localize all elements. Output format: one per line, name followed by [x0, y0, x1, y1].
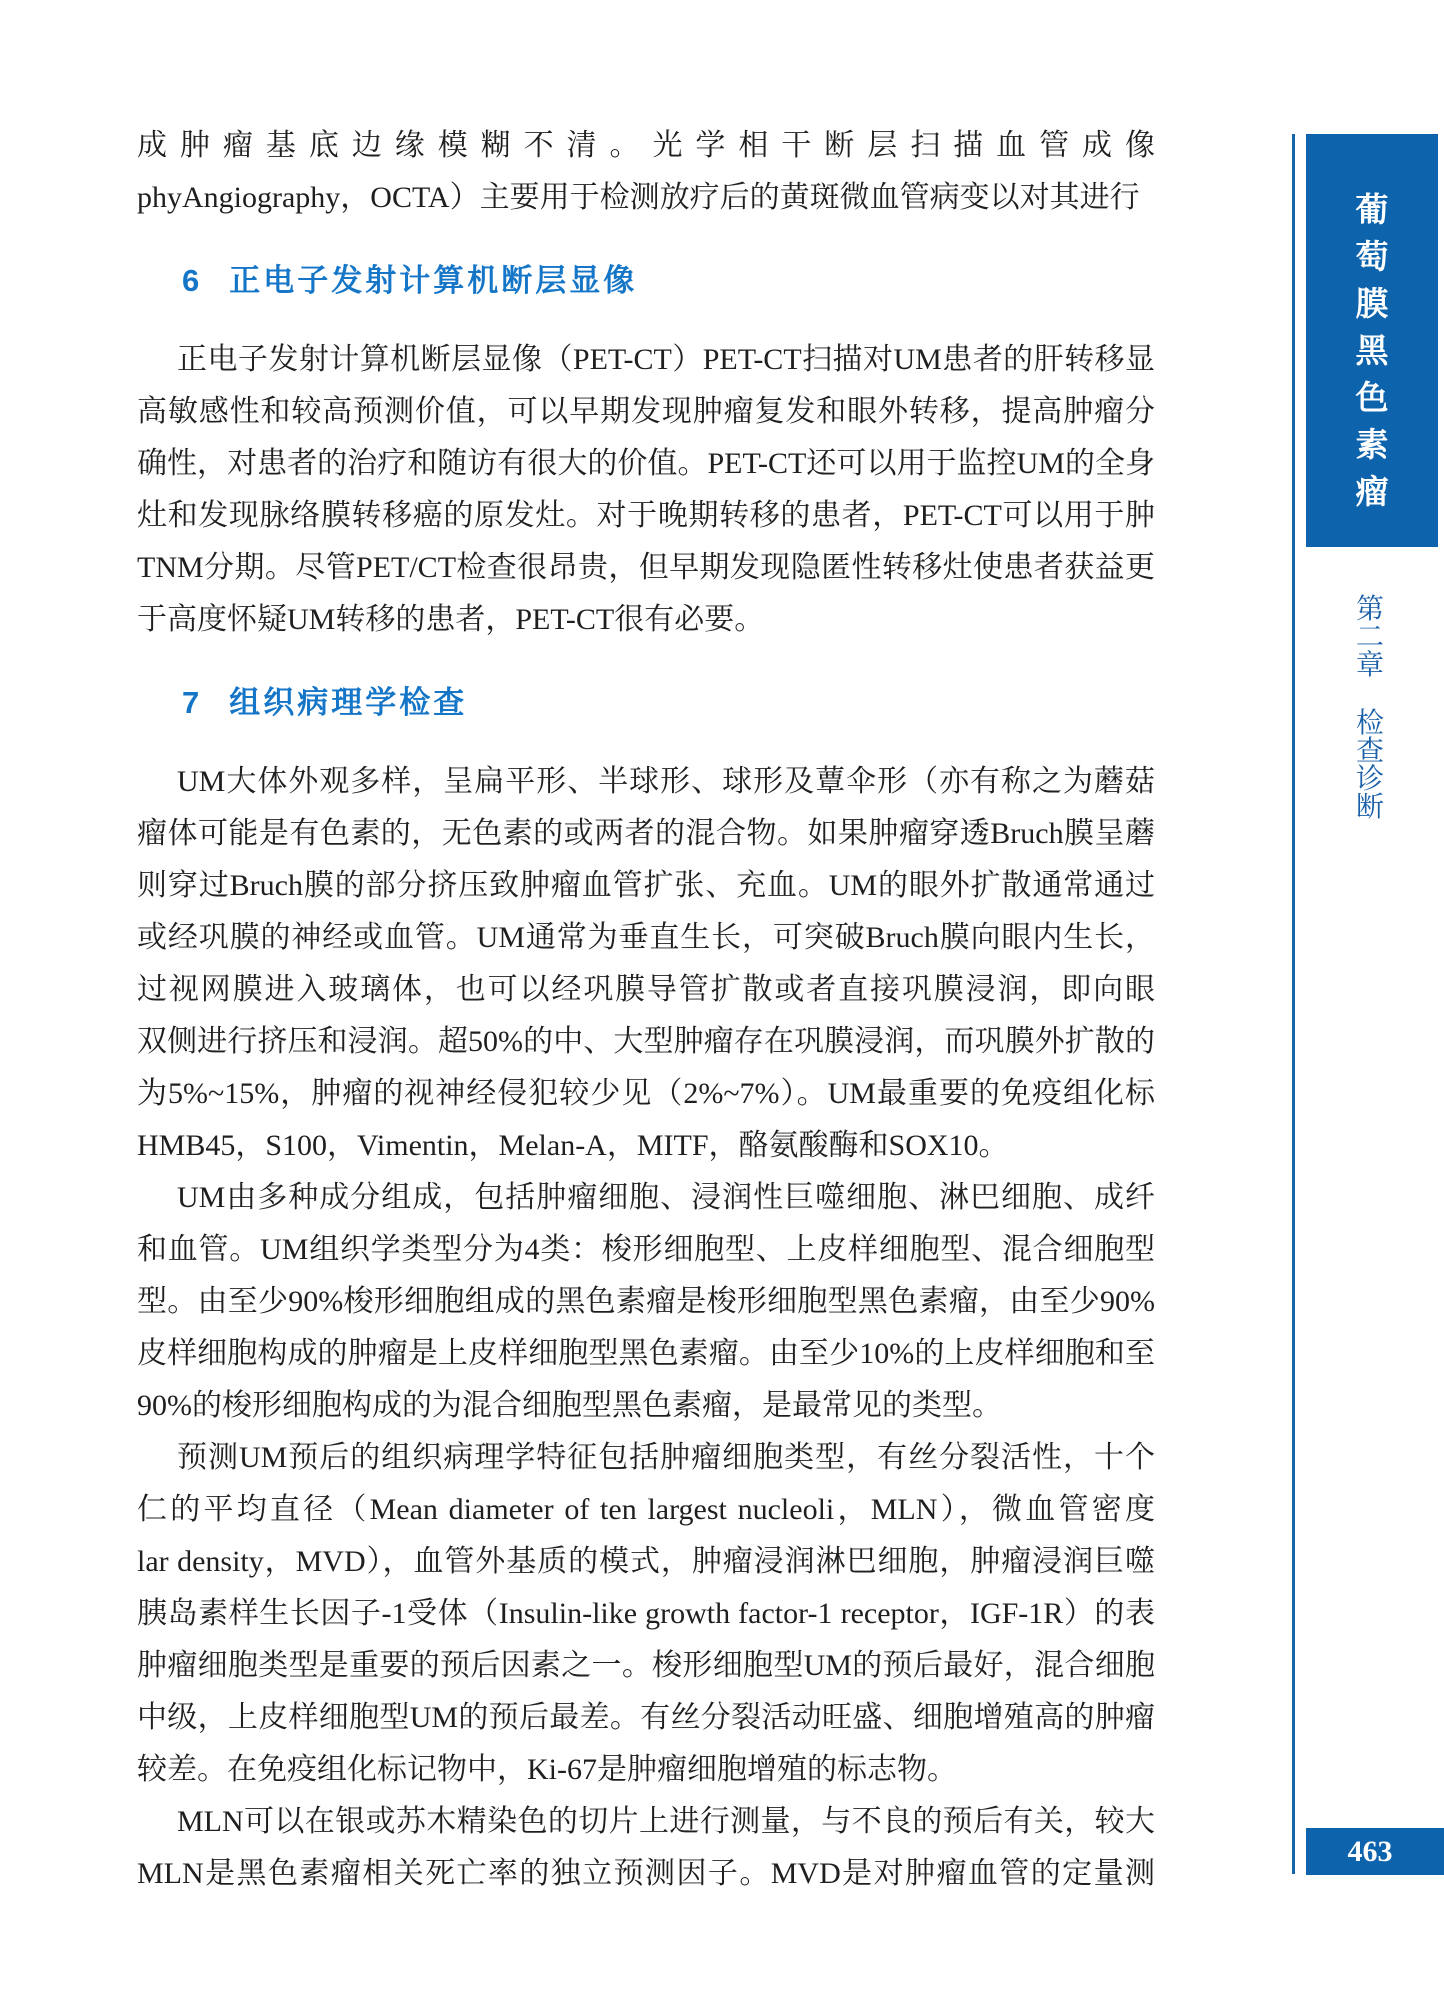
paragraph: UM大体外观多样，呈扁平形、半球形、球形及蕈伞形（亦有称之为蘑菇形）。瘤体可能是… — [137, 756, 1155, 1172]
text-line: 双侧进行挤压和浸润。超50%的中、大型肿瘤存在巩膜浸润，而巩膜外扩散的比例 — [137, 1016, 1155, 1068]
book-title-char: 黑 — [1355, 331, 1389, 378]
section-number: 7 — [182, 683, 199, 723]
text-line: 于高度怀疑UM转移的患者，PET-CT很有必要。 — [137, 594, 1155, 646]
text-line: HMB45，S100，Vimentin，Melan-A，MITF，酪氨酸酶和SO… — [137, 1120, 1155, 1172]
chapter-section-char: 检 — [1355, 710, 1385, 738]
book-title-char: 萄 — [1355, 237, 1389, 284]
page-content: 成肿瘤基底边缘模糊不清。光学相干断层扫描血管成像（OpticalCoherenc… — [137, 120, 1155, 1900]
text-line: 灶和发现脉络膜转移癌的原发灶。对于晚期转移的患者，PET-CT可以用于肿瘤的 — [137, 490, 1155, 542]
book-title-char: 膜 — [1355, 284, 1389, 331]
paragraph: 成肿瘤基底边缘模糊不清。光学相干断层扫描血管成像（OpticalCoherenc… — [137, 120, 1155, 224]
chapter-char: 章 — [1355, 652, 1385, 680]
section-title: 组织病理学检查 — [229, 683, 467, 723]
text-line: 正电子发射计算机断层显像（PET-CT）PET-CT扫描对UM患者的肝转移显示出 — [137, 334, 1155, 386]
section-heading: 6正电子发射计算机断层显像 — [182, 261, 1155, 301]
text-line: 型。由至少90%梭形细胞组成的黑色素瘤是梭形细胞型黑色素瘤，由至少90%的上 — [137, 1276, 1155, 1328]
text-line: 瘤体可能是有色素的，无色素的或两者的混合物。如果肿瘤穿透Bruch膜呈蘑菇状， — [137, 808, 1155, 860]
text-line: 预测UM预后的组织病理学特征包括肿瘤细胞类型，有丝分裂活性，十个最大核 — [137, 1432, 1155, 1484]
book-title-char: 素 — [1355, 425, 1389, 472]
book-page: 成肿瘤基底边缘模糊不清。光学相干断层扫描血管成像（OpticalCoherenc… — [0, 0, 1444, 2010]
text-line: TNM分期。尽管PET/CT检查很昂贵，但早期发现隐匿性转移灶使患者获益更大，对 — [137, 542, 1155, 594]
text-line: 确性，对患者的治疗和随访有很大的价值。PET-CT还可以用于监控UM的全身转移 — [137, 438, 1155, 490]
text-line: UM大体外观多样，呈扁平形、半球形、球形及蕈伞形（亦有称之为蘑菇形）。 — [137, 756, 1155, 808]
text-line: 90%的梭形细胞构成的为混合细胞型黑色素瘤，是最常见的类型。 — [137, 1380, 1155, 1432]
paragraph: 预测UM预后的组织病理学特征包括肿瘤细胞类型，有丝分裂活性，十个最大核仁的平均直… — [137, 1432, 1155, 1796]
text-line: 较差。在免疫组化标记物中，Ki-67是肿瘤细胞增殖的标志物。 — [137, 1744, 1155, 1796]
text-line: UM由多种成分组成，包括肿瘤细胞、浸润性巨噬细胞、淋巴细胞、成纤维细胞 — [137, 1172, 1155, 1224]
paragraph: 正电子发射计算机断层显像（PET-CT）PET-CT扫描对UM患者的肝转移显示出… — [137, 334, 1155, 646]
text-line: 皮样细胞构成的肿瘤是上皮样细胞型黑色素瘤。由至少10%的上皮样细胞和至多 — [137, 1328, 1155, 1380]
chapter-section-char: 断 — [1355, 794, 1385, 822]
chapter-section-char: 诊 — [1355, 766, 1385, 794]
text-line: lar density，MVD），血管外基质的模式，肿瘤浸润淋巴细胞，肿瘤浸润巨… — [137, 1536, 1155, 1588]
section-heading: 7组织病理学检查 — [182, 683, 1155, 723]
text-line: 中级，上皮样细胞型UM的预后最差。有丝分裂活动旺盛、细胞增殖高的肿瘤的预后 — [137, 1692, 1155, 1744]
text-line: 则穿过Bruch膜的部分挤压致肿瘤血管扩张、充血。UM的眼外扩散通常通过涡静脉 — [137, 860, 1155, 912]
sidebar-book-title-box: 葡萄膜黑色素瘤 — [1306, 134, 1438, 547]
sidebar-chapter-label: 第二章检查诊断 — [1340, 596, 1400, 822]
text-line: MLN可以在银或苏木精染色的切片上进行测量，与不良的预后有关，较大的 — [137, 1796, 1155, 1848]
text-line: phyAngiography，OCTA）主要用于检测放疗后的黄斑微血管病变以对其… — [137, 172, 1155, 224]
text-line: MLN是黑色素瘤相关死亡率的独立预测因子。MVD是对肿瘤血管的定量测量。高 — [137, 1848, 1155, 1900]
text-line: 过视网膜进入玻璃体，也可以经巩膜导管扩散或者直接巩膜浸润，即向眼内、眼外 — [137, 964, 1155, 1016]
page-number-badge: 463 — [1306, 1828, 1444, 1875]
text-line: 成肿瘤基底边缘模糊不清。光学相干断层扫描血管成像（OpticalCoherenc… — [137, 120, 1155, 172]
text-line: 肿瘤细胞类型是重要的预后因素之一。梭形细胞型UM的预后最好，混合细胞UM为 — [137, 1640, 1155, 1692]
book-title-char: 葡 — [1355, 190, 1389, 237]
book-title-char: 瘤 — [1355, 472, 1389, 519]
chapter-char: 第 — [1355, 596, 1385, 624]
text-line: 为5%~15%，肿瘤的视神经侵犯较少见（2%~7%）。UM最重要的免疫组化标记是 — [137, 1068, 1155, 1120]
page-number: 463 — [1348, 1835, 1393, 1869]
text-line: 或经巩膜的神经或血管。UM通常为垂直生长，可突破Bruch膜向眼内生长，甚至穿 — [137, 912, 1155, 964]
text-line: 仁的平均直径（Mean diameter of ten largest nucl… — [137, 1484, 1155, 1536]
text-line: 和血管。UM组织学类型分为4类：梭形细胞型、上皮样细胞型、混合细胞型和坏死 — [137, 1224, 1155, 1276]
text-line: 胰岛素样生长因子-1受体（Insulin-like growth factor-… — [137, 1588, 1155, 1640]
sidebar-rule — [1292, 134, 1295, 1874]
text-line: 高敏感性和较高预测价值，可以早期发现肿瘤复发和眼外转移，提高肿瘤分期的准 — [137, 386, 1155, 438]
section-title: 正电子发射计算机断层显像 — [229, 261, 637, 301]
chapter-char: 二 — [1355, 624, 1385, 652]
section-number: 6 — [182, 261, 199, 301]
chapter-section-char: 查 — [1355, 738, 1385, 766]
paragraph: UM由多种成分组成，包括肿瘤细胞、浸润性巨噬细胞、淋巴细胞、成纤维细胞和血管。U… — [137, 1172, 1155, 1432]
book-title-char: 色 — [1355, 378, 1389, 425]
paragraph: MLN可以在银或苏木精染色的切片上进行测量，与不良的预后有关，较大的MLN是黑色… — [137, 1796, 1155, 1900]
